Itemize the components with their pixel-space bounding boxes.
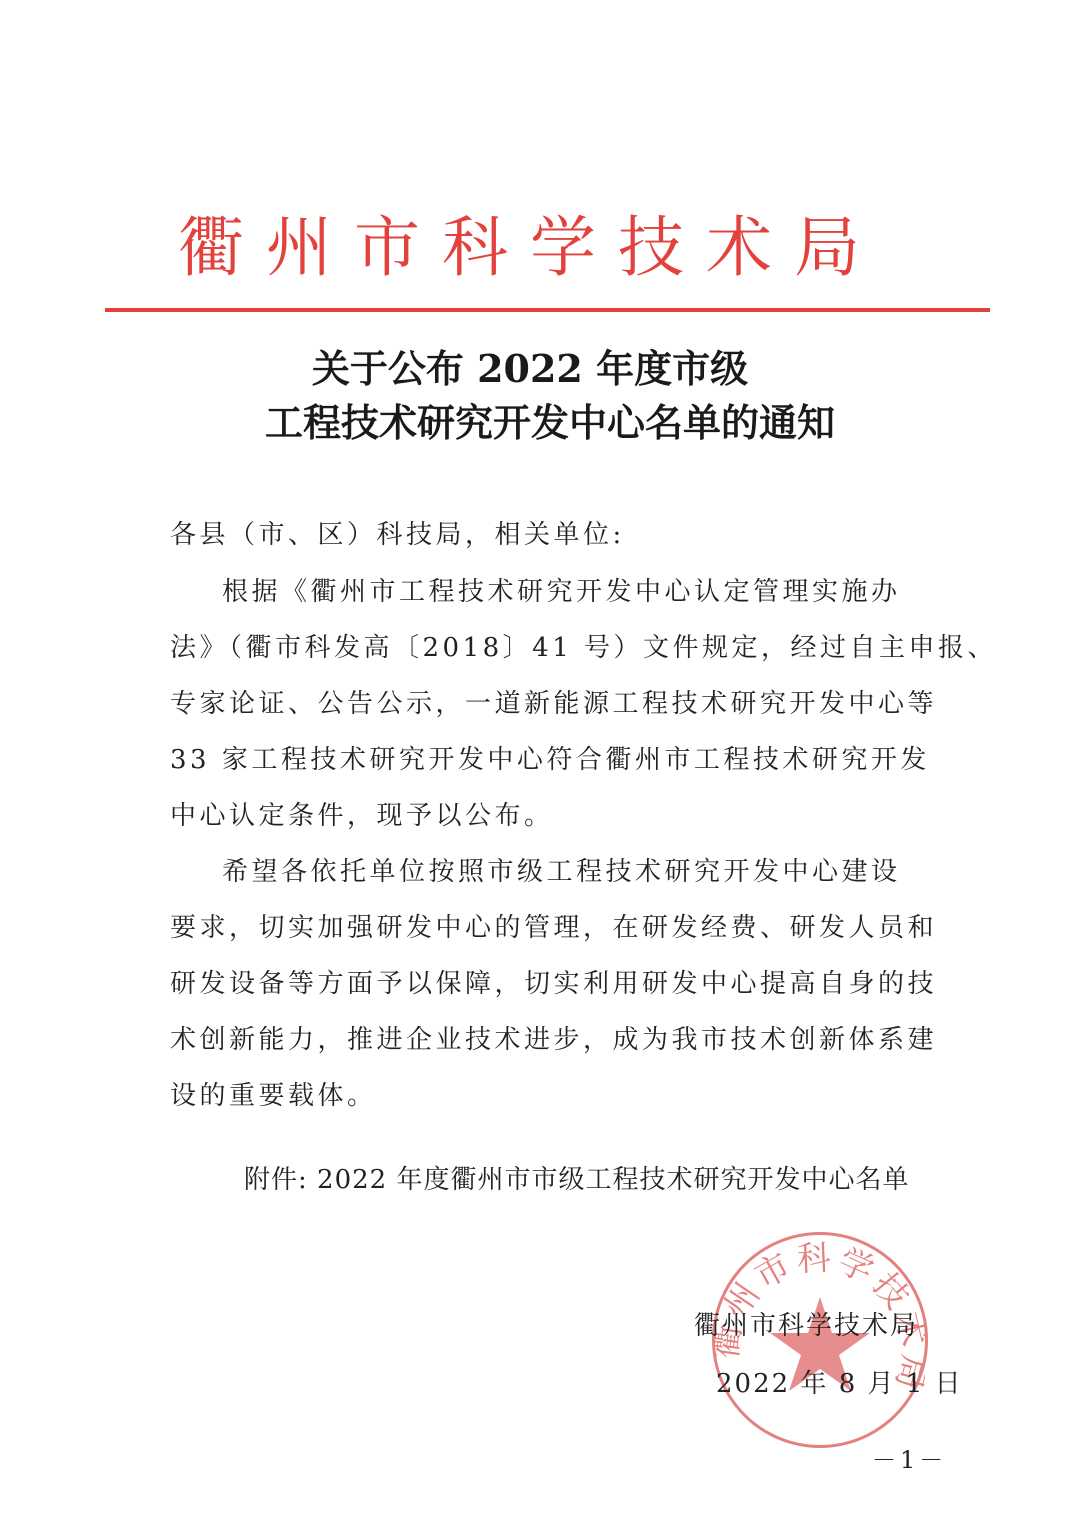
paragraph-1-line: 专家论证、公告公示，一道新能源工程技术研究开发中心等 <box>170 687 937 721</box>
signature-org: 衢州市科学技术局 <box>694 1305 918 1342</box>
org-header: 衢州市科学技术局 <box>178 208 938 288</box>
paragraph-2-line: 设的重要载体。 <box>170 1079 377 1113</box>
attachment-note: 附件: 2022 年度衢州市市级工程技术研究开发中心名单 <box>244 1163 909 1197</box>
document-page: 衢州市科学技术局 关于公布 2022 年度市级 工程技术研究开发中心名单的通知 … <box>0 0 1080 1528</box>
salutation: 各县（市、区）科技局，相关单位: <box>170 518 625 552</box>
paragraph-2-line: 希望各依托单位按照市级工程技术研究开发中心建设 <box>222 855 901 889</box>
signature-date: 2022 年 8 月 1 日 <box>716 1363 963 1400</box>
doc-title-line-1: 关于公布 2022 年度市级 <box>0 338 1070 393</box>
paragraph-2-line: 要求，切实加强研发中心的管理，在研发经费、研发人员和 <box>170 911 937 945</box>
red-divider-rule <box>105 308 990 312</box>
page-number: －1－ <box>872 1440 947 1475</box>
paragraph-1-line: 33 家工程技术研究开发中心符合衢州市工程技术研究开发 <box>170 743 930 777</box>
doc-title-line-2: 工程技术研究开发中心名单的通知 <box>10 392 1080 447</box>
paragraph-1-line: 法》（衢市科发高〔2018〕41 号）文件规定，经过自主申报、 <box>170 631 997 665</box>
paragraph-2-line: 术创新能力，推进企业技术进步，成为我市技术创新体系建 <box>170 1023 937 1057</box>
paragraph-1-line: 根据《衢州市工程技术研究开发中心认定管理实施办 <box>222 575 901 609</box>
paragraph-2-line: 研发设备等方面予以保障，切实利用研发中心提高自身的技 <box>170 967 937 1001</box>
paragraph-1-line: 中心认定条件，现予以公布。 <box>170 799 554 833</box>
